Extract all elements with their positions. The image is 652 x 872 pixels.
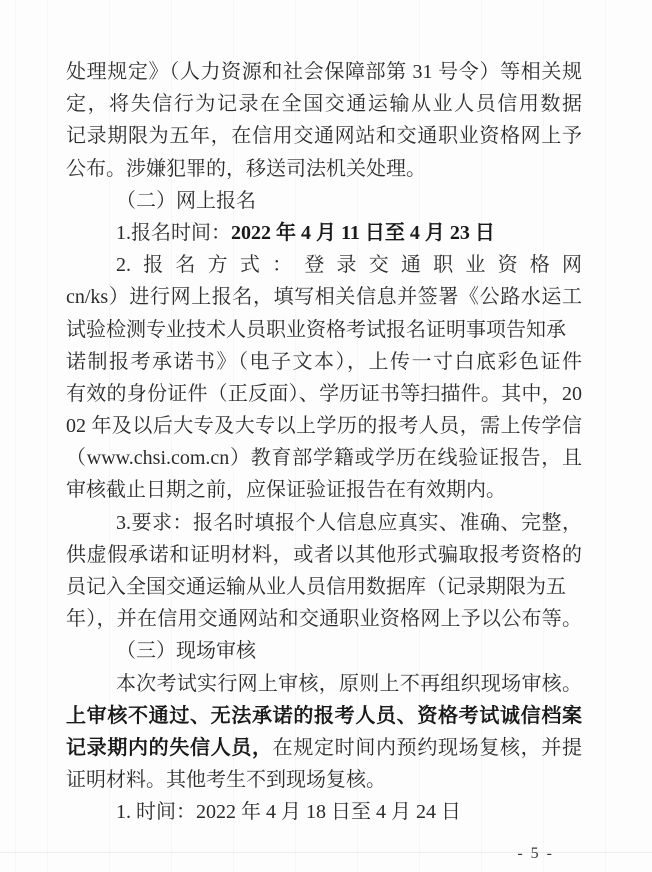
text-line: 审核截止日期之前，应保证验证报告在有效期内。 xyxy=(66,474,582,506)
text-line: 试验检测专业技术人员职业资格考试报名证明事项告知承 xyxy=(66,314,582,346)
text-line: 本次考试实行网上审核，原则上不再组织现场审核。网 xyxy=(66,668,582,700)
text-line: 记录期内的失信人员，在规定时间内预约现场复核，并提供 xyxy=(66,732,582,764)
text-run: 处理规定》（人力资源和社会保障部第 31 号令）等相关规 xyxy=(66,61,582,83)
text-run: 证明材料。其他考生不到现场复核。 xyxy=(66,769,386,791)
text-line: 证明材料。其他考生不到现场复核。 xyxy=(66,764,582,796)
bold-text-run: 记录期内的失信人员， xyxy=(66,737,273,759)
text-line: 年），并在信用交通网站和交通职业资格网上予以公布等。 xyxy=(66,603,582,635)
text-run: （三）现场审核 xyxy=(116,640,256,662)
text-run: cn/ks）进行网上报名，填写相关信息并签署《公路水运工程 xyxy=(66,286,582,313)
text-run: （二）网上报名 xyxy=(116,190,256,212)
text-line: 02 年及以后大专及大专以上学历的报考人员，需上传学信网 xyxy=(66,410,582,442)
page-number-text: - 5 - xyxy=(517,845,554,862)
text-line: cn/ks）进行网上报名，填写相关信息并签署《公路水运工程 xyxy=(66,281,582,313)
text-line: （www.chsi.com.cn）教育部学籍或学历在线验证报告，且在 xyxy=(66,442,582,474)
text-run: 1. 时间：2022 年 4 月 18 日至 4 月 24 日 xyxy=(116,801,461,823)
text-line: 处理规定》（人力资源和社会保障部第 31 号令）等相关规 xyxy=(66,56,582,88)
section-heading: （三）现场审核 xyxy=(66,635,582,667)
text-run: 员记入全国交通运输从业人员信用数据库（记录期限为五 xyxy=(66,576,566,598)
bold-date-run: 2022 年 4 月 11 日至 4 月 23 日 xyxy=(231,222,495,244)
text-line: 1.报名时间：2022 年 4 月 11 日至 4 月 23 日 xyxy=(66,217,582,249)
text-line: 供虚假承诺和证明材料，或者以其他形式骗取报考资格的人 xyxy=(66,539,582,571)
text-run: 供虚假承诺和证明材料，或者以其他形式骗取报考资格的人 xyxy=(66,544,582,571)
text-line: 记录期限为五年，在信用交通网站和交通职业资格网上予以 xyxy=(66,120,582,152)
text-run: 2.报名方式：登录交通职业资格网（http://syjc.jtzyzg.org. xyxy=(66,254,582,281)
text-run: 审核截止日期之前，应保证验证报告在有效期内。 xyxy=(66,479,506,501)
page-number: - 5 - xyxy=(517,845,554,863)
text-line: 定，将失信行为记录在全国交通运输从业人员信用数据库， xyxy=(66,88,582,120)
scan-artifact-line xyxy=(0,852,652,853)
bold-text-run: 上审核不通过、无法承诺的报考人员、资格考试诚信档案库 xyxy=(66,705,582,732)
text-line: 2.报名方式：登录交通职业资格网（http://syjc.jtzyzg.org. xyxy=(66,249,582,281)
text-line: 3.要求：报名时填报个人信息应真实、准确、完整，提 xyxy=(66,507,582,539)
text-run: 记录期限为五年，在信用交通网站和交通职业资格网上予以 xyxy=(66,125,582,152)
text-run: 有效的身份证件（正反面）、学历证书等扫描件。其中，20 xyxy=(66,383,582,405)
text-line: 上审核不通过、无法承诺的报考人员、资格考试诚信档案库 xyxy=(66,700,582,732)
section-heading: （二）网上报名 xyxy=(66,185,582,217)
text-run: 试验检测专业技术人员职业资格考试报名证明事项告知承 xyxy=(66,319,566,341)
text-line: 公布。涉嫌犯罪的，移送司法机关处理。 xyxy=(66,153,582,185)
text-line: 有效的身份证件（正反面）、学历证书等扫描件。其中，20 xyxy=(66,378,582,410)
text-run: 3.要求：报名时填报个人信息应真实、准确、完整，提 xyxy=(66,512,582,539)
text-run: 1.报名时间： xyxy=(116,222,231,244)
text-run: 年），并在信用交通网站和交通职业资格网上予以公布等。 xyxy=(66,608,582,630)
scanned-document-page: 处理规定》（人力资源和社会保障部第 31 号令）等相关规 定，将失信行为记录在全… xyxy=(0,0,652,872)
text-run: 诺制报考承诺书》（电子文本），上传一寸白底彩色证件照、 xyxy=(66,351,582,378)
text-run: 02 年及以后大专及大专以上学历的报考人员，需上传学信网 xyxy=(66,415,582,442)
text-run: 公布。涉嫌犯罪的，移送司法机关处理。 xyxy=(66,158,426,180)
text-run: （www.chsi.com.cn）教育部学籍或学历在线验证报告，且在 xyxy=(66,447,582,474)
text-run: 本次考试实行网上审核，原则上不再组织现场审核。 xyxy=(116,673,582,695)
text-line: 员记入全国交通运输从业人员信用数据库（记录期限为五 xyxy=(66,571,582,603)
document-body: 处理规定》（人力资源和社会保障部第 31 号令）等相关规 定，将失信行为记录在全… xyxy=(66,56,582,829)
text-line: 1. 时间：2022 年 4 月 18 日至 4 月 24 日 xyxy=(66,796,582,828)
text-run: 定，将失信行为记录在全国交通运输从业人员信用数据库， xyxy=(66,93,582,120)
text-line: 诺制报考承诺书》（电子文本），上传一寸白底彩色证件照、 xyxy=(66,346,582,378)
